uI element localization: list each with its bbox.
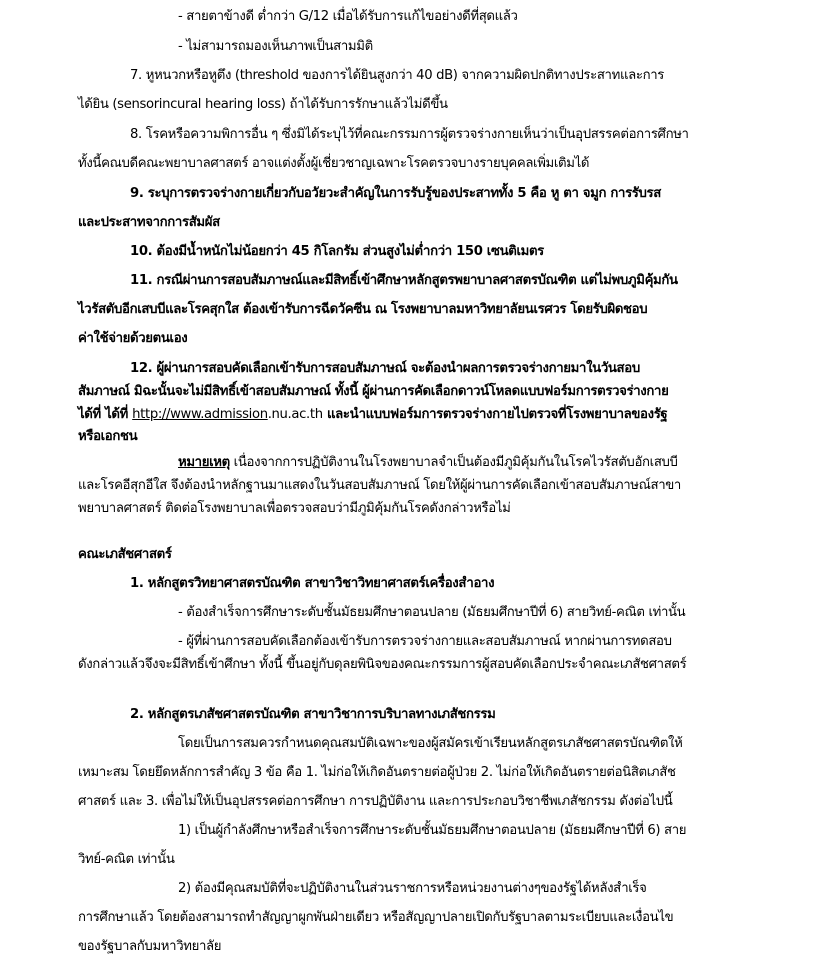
program-2-requirement: ของรัฐบาลกับมหาวิทยาลัย bbox=[78, 938, 221, 956]
item-12-line: หรือเอกชน bbox=[78, 428, 137, 446]
admission-link[interactable]: http://www.admission bbox=[132, 407, 268, 422]
program-2-requirement: 1) เป็นผู้กำลังศึกษาหรือสำเร็จการศึกษาระ… bbox=[178, 822, 686, 840]
item-12-line: สัมภาษณ์ มิฉะนั้นจะไม่มีสิทธิ์เข้าสอบสัม… bbox=[78, 383, 668, 401]
vision-bullet: - สายตาข้างดี ต่ำกว่า G/12 เมื่อได้รับกา… bbox=[178, 8, 518, 26]
faculty-heading: คณะเภสัชศาสตร์ bbox=[78, 546, 172, 564]
vision-bullet: - ไม่สามารถมองเห็นภาพเป็นสามมิติ bbox=[178, 38, 373, 56]
item-10-line: 10. ต้องมีน้ำหนักไม่น้อยกว่า 45 กิโลกรัม… bbox=[130, 243, 544, 261]
note-line: หมายเหตุ เนื่องจากการปฏิบัติงานในโรงพยาบ… bbox=[178, 454, 678, 472]
program-2-intro: เหมาะสม โดยยึดหลักการสำคัญ 3 ข้อ คือ 1. … bbox=[78, 764, 676, 782]
item-8-line: 8. โรคหรือความพิการอื่น ๆ ซึ่งมิได้ระบุไ… bbox=[130, 126, 689, 144]
item-9-line: 9. ระบุการตรวจร่างกายเกี่ยวกับอวัยวะสำคั… bbox=[130, 185, 661, 203]
item-7-line: ได้ยิน (sensorincural hearing loss) ถ้าไ… bbox=[78, 96, 448, 114]
note-text: เนื่องจากการปฏิบัติงานในโรงพยาบาลจำเป็นต… bbox=[230, 455, 678, 470]
item-12-suffix: และนำแบบฟอร์มการตรวจร่างกายไปตรวจที่โรงพ… bbox=[323, 407, 668, 422]
program-1-bullet: - ผู้ที่ผ่านการสอบคัดเลือกต้องเข้ารับการ… bbox=[178, 633, 672, 651]
program-1-title: 1. หลักสูตรวิทยาศาสตรบัณฑิต สาขาวิชาวิทย… bbox=[130, 575, 494, 593]
program-2-requirement: การศึกษาแล้ว โดยต้องสามารถทำสัญญาผูกพันฝ… bbox=[78, 909, 673, 927]
program-2-intro: โดยเป็นการสมควรกำหนดคุณสมบัติเฉพาะของผู้… bbox=[178, 735, 683, 753]
item-11-line: ค่าใช้จ่ายด้วยตนเอง bbox=[78, 330, 187, 348]
program-2-intro: ศาสตร์ และ 3. เพื่อไม่ให้เป็นอุปสรรคต่อก… bbox=[78, 793, 672, 811]
item-12-line: ได้ที่ ได้ที่ http://www.admission.nu.ac… bbox=[78, 406, 667, 424]
note-label: หมายเหตุ bbox=[178, 455, 230, 470]
item-12-line: 12. ผู้ผ่านการสอบคัดเลือกเข้ารับการสอบสั… bbox=[130, 360, 640, 378]
item-7-line: 7. หูหนวกหรือหูตึง (threshold ของการได้ย… bbox=[130, 67, 664, 85]
note-line: พยาบาลศาสตร์ ติดต่อโรงพยาบาลเพื่อตรวจสอบ… bbox=[78, 500, 510, 518]
item-8-line: ทั้งนี้คณบดีคณะพยาบาลศาสตร์ อาจแต่งตั้งผ… bbox=[78, 155, 589, 173]
item-12-prefix: ได้ที่ ได้ที่ bbox=[78, 407, 132, 422]
program-2-title: 2. หลักสูตรเภสัชศาสตรบัณฑิต สาขาวิชาการบ… bbox=[130, 706, 495, 724]
program-1-bullet: - ต้องสำเร็จการศึกษาระดับชั้นมัธยมศึกษาต… bbox=[178, 604, 685, 622]
item-9-line: และประสาทจากการสัมผัส bbox=[78, 214, 220, 232]
item-11-line: ไวรัสตับอีกเสบบีและโรคสุกใส ต้องเข้ารับก… bbox=[78, 301, 647, 319]
program-1-bullet: ดังกล่าวแล้วจึงจะมีสิทธิ์เข้าศึกษา ทั้งน… bbox=[78, 656, 686, 674]
note-line: และโรคอีสุกอีใส จึงต้องนำหลักฐานมาแสดงใน… bbox=[78, 477, 681, 495]
admission-link-rest: .nu.ac.th bbox=[268, 407, 323, 422]
program-2-requirement: 2) ต้องมีคุณสมบัติที่จะปฏิบัติงานในส่วนร… bbox=[178, 880, 647, 898]
item-11-line: 11. กรณีผ่านการสอบสัมภาษณ์และมีสิทธิ์เข้… bbox=[130, 272, 678, 290]
program-2-requirement: วิทย์-คณิต เท่านั้น bbox=[78, 851, 174, 869]
